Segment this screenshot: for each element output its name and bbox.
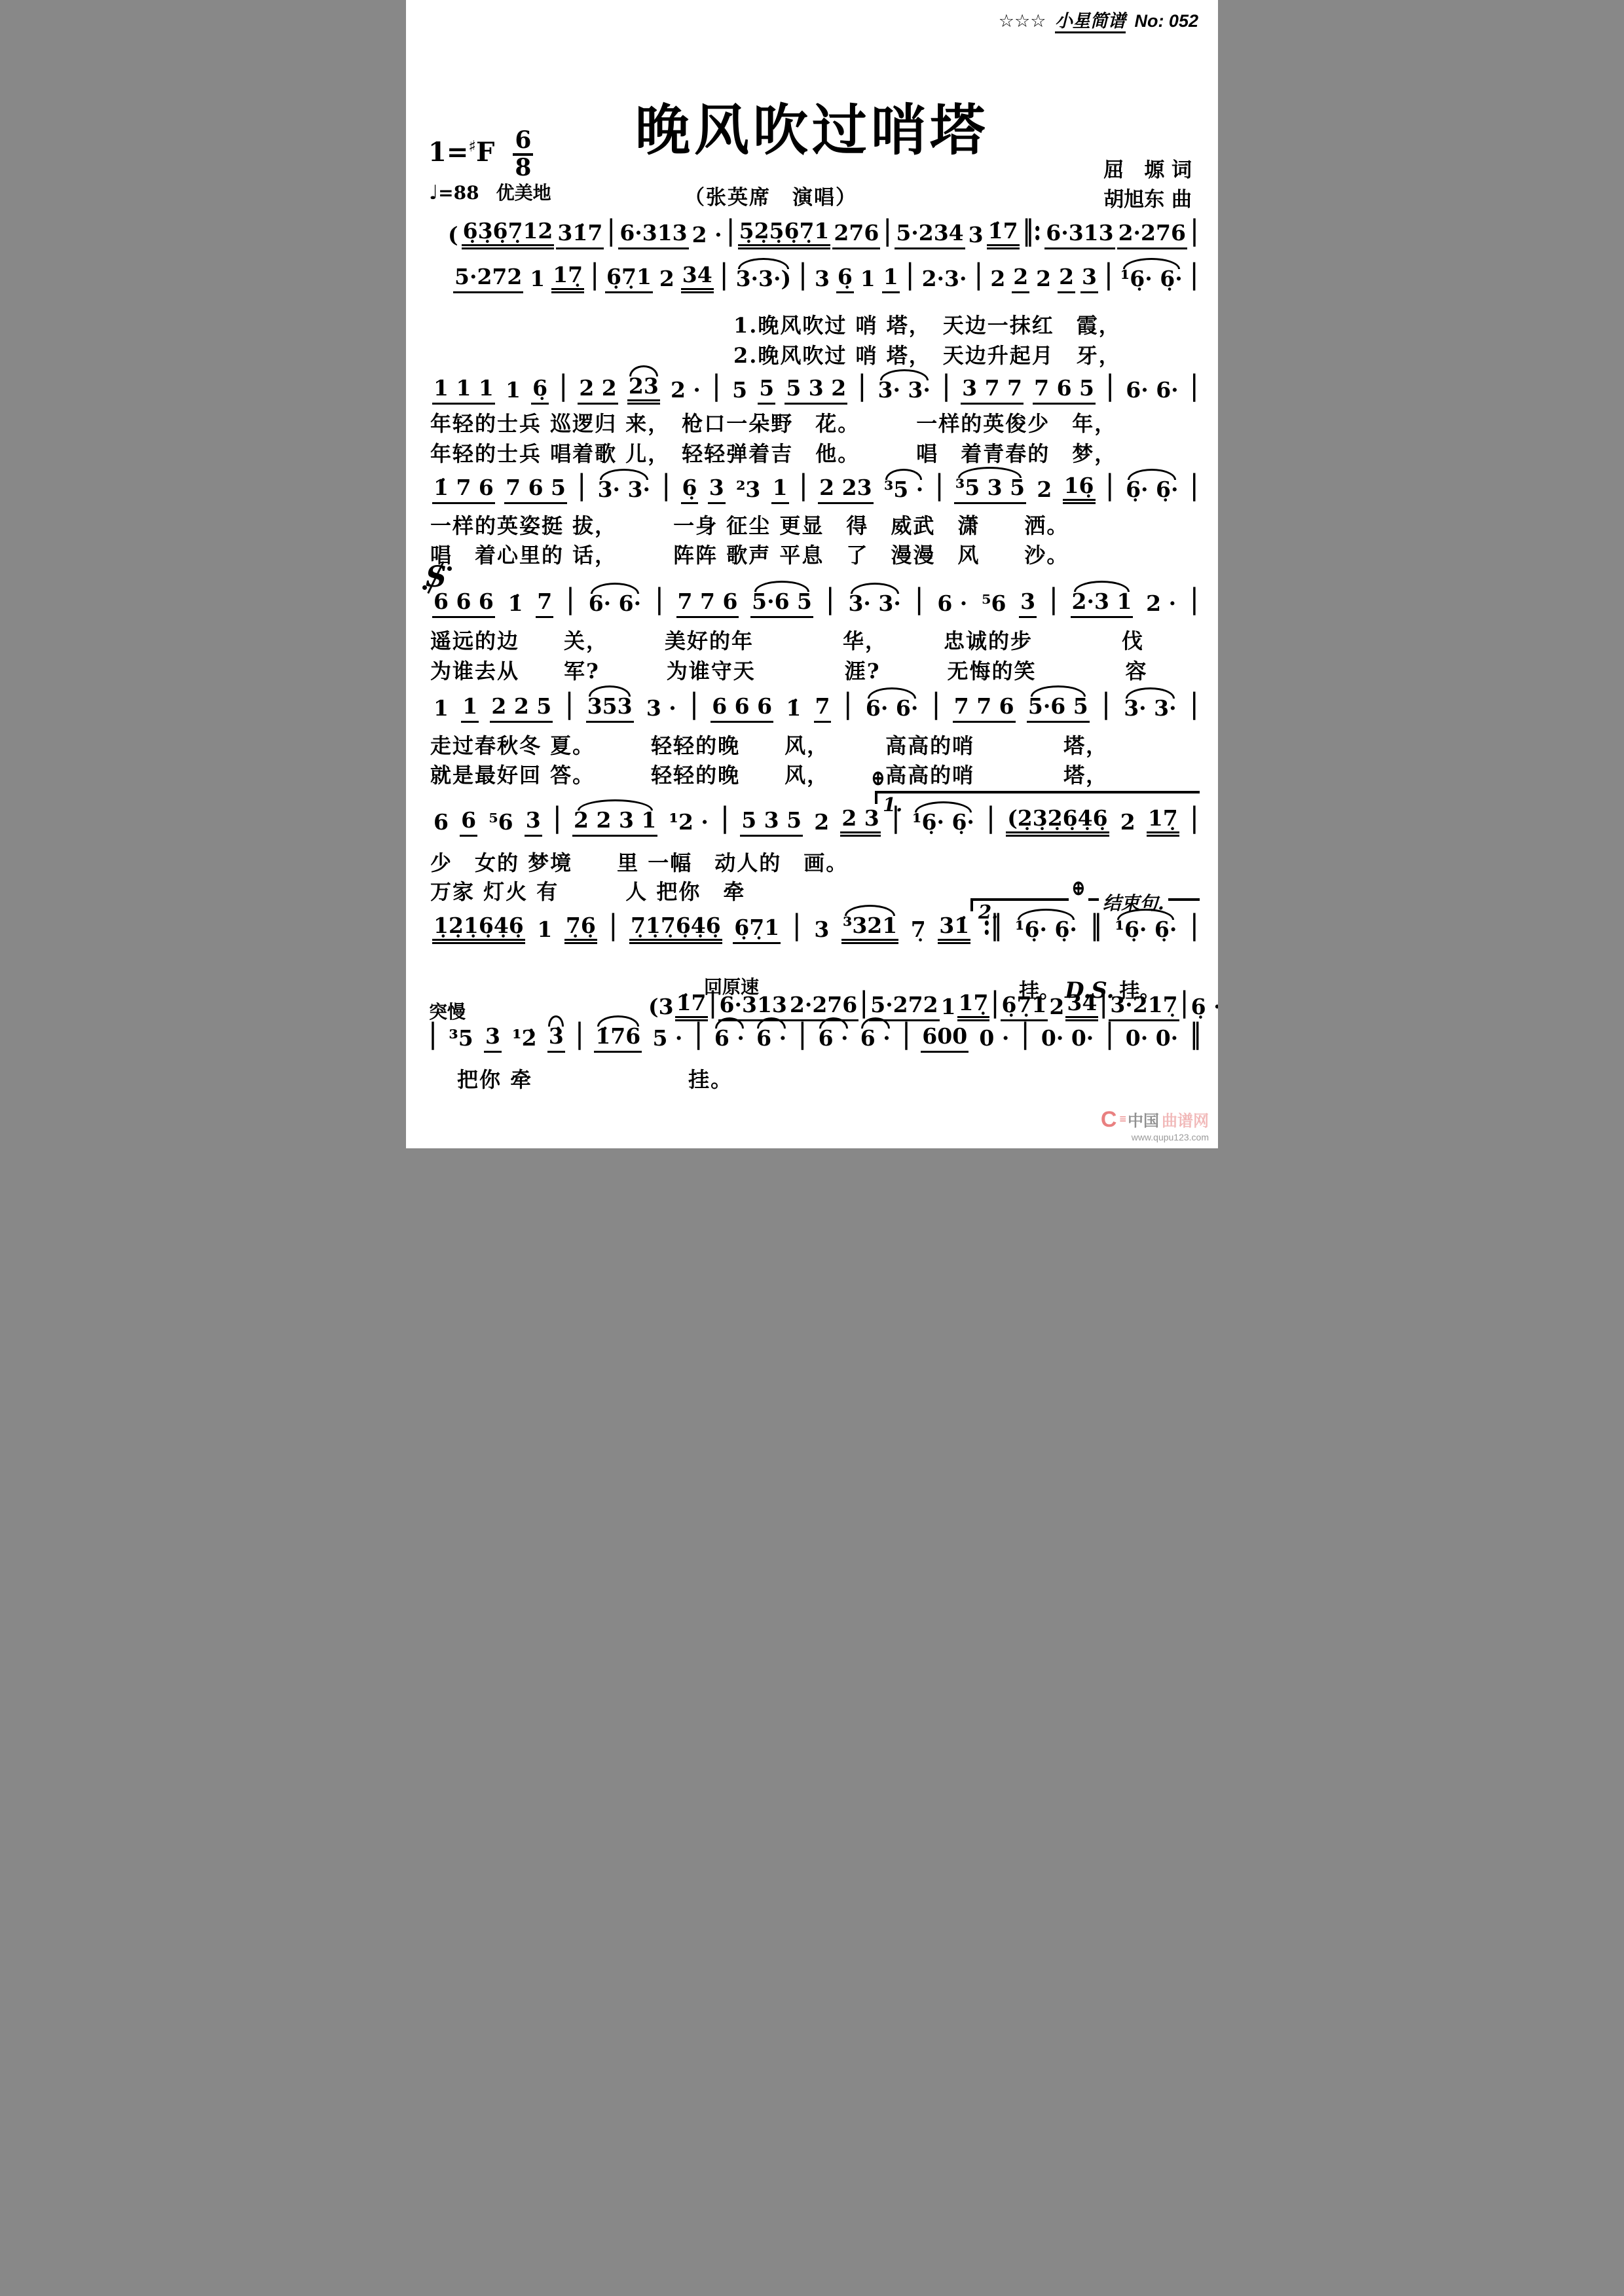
watermark-cn: 中国 xyxy=(1128,1108,1159,1131)
lyric-line: 万家 灯火 有 人 把你 牵 xyxy=(430,875,745,905)
system-5-notes: 112 2 5|3533 ·|6 6 61̇7|6· 6·|7 7 65·6 5… xyxy=(432,693,1200,723)
lyric-line: 年轻的士兵 巡逻归 来， 枪口一朵野 花。 一样的英俊少 年， xyxy=(430,407,1116,437)
tempo-marking: ♩=88优美地 xyxy=(429,179,551,205)
system-7-notes: 1̣2̣1̣6̣4̣6̣17̣6̣|7̣1̣7̣6̣4̣6̣6̣7̣1|3³32… xyxy=(432,914,1200,944)
lyric-line: 遥远的边 关， 美好的年 华， 忠诚的步 伐 xyxy=(430,625,1144,655)
meter-denominator: 8 xyxy=(513,156,533,181)
watermark-url: www.qupu123.com xyxy=(1101,1132,1209,1142)
lyric-line: 1.晚风吹过 哨 塔， 天边一抹红 霞， xyxy=(733,309,1121,339)
meter-numerator: 6 xyxy=(513,128,533,156)
lyric-line: 唱 着心里的 话， 阵阵 歌声 平息 了 漫漫 风 沙。 xyxy=(430,539,1069,569)
series-header: ☆☆☆ 小星简谱 No: 052 xyxy=(999,7,1198,32)
coda-icon: ⊕ xyxy=(871,766,885,792)
tempo-expression: 优美地 xyxy=(496,182,551,204)
site-watermark: C ≡ 中国 曲谱网 www.qupu123.com xyxy=(1101,1108,1209,1142)
quarter-note-icon: ♩ xyxy=(429,181,438,204)
lyric-line: 把你 牵 挂。 xyxy=(457,1063,733,1093)
key-tonic: F xyxy=(476,137,494,168)
lyric-line: 一样的英姿挺 拔， 一身 征尘 更显 得 威武 潇 洒。 xyxy=(430,509,1069,539)
system-9-notes: |³53¹2̇3̇|1̇765 ·|6 ·6 ·|6 ·6 ·|6000 ·|0… xyxy=(428,1023,1202,1053)
qupu-logo-icon: C xyxy=(1101,1110,1117,1129)
sheet-music-page: ☆☆☆ 小星简谱 No: 052 晚风吹过哨塔 1=♯F 6 8 ♩=88优美地… xyxy=(406,0,1218,1148)
song-title: 晚风吹过哨塔 xyxy=(635,86,989,166)
system-6-notes: 66⁵63|2 2 3 1¹2 ·|5 3 522 3|¹6̣· 6̣·|(2̣… xyxy=(432,807,1200,837)
composer-credit: 胡旭东 曲 xyxy=(1103,185,1192,215)
watermark-site: 曲谱网 xyxy=(1162,1108,1209,1131)
coda-icon: ⊕ xyxy=(1069,876,1088,902)
credits: 屈 塬 词 胡旭东 曲 xyxy=(1103,156,1192,215)
lyric-line: 2.晚风吹过 哨 塔， 天边升起月 牙， xyxy=(733,339,1121,369)
series-name: 小星简谱 xyxy=(1055,11,1126,33)
stars-icon: ☆☆☆ xyxy=(999,11,1046,31)
lyricist-credit: 屈 塬 词 xyxy=(1103,156,1192,185)
segno-dot xyxy=(447,566,452,571)
series-number: No: 052 xyxy=(1134,11,1198,31)
system-2-notes: 1 1 116̣|2 2232 ·|555 3 2|3· 3·|3 7 77 6… xyxy=(432,374,1200,405)
system-1-notes: (6̣3̣6̣7̣1231̇7|6·3132 ·|5̣2̣5̣6̣7̣1276|… xyxy=(447,219,1200,249)
lyric-line: 走过春秋冬 夏。 轻轻的晚 风， 高高的哨 塔， xyxy=(430,729,1108,759)
tempo-value: =88 xyxy=(438,182,479,204)
system-4-notes: 6 6 61̇7|6· 6·|7 7 65·6 5|3· 3·|6 ·⁵63|2… xyxy=(432,588,1200,618)
performer-subtitle: （张英席 演唱） xyxy=(684,181,857,210)
qupu-logo-bars-icon: ≡ xyxy=(1119,1112,1125,1126)
time-signature: 6 8 xyxy=(513,128,533,181)
sharp-icon: ♯ xyxy=(468,136,476,155)
lyric-line: 就是最好回 答。 轻轻的晚 风， 高高的哨 塔， xyxy=(430,759,1108,789)
lyric-line: 为谁去从 军? 为谁守天 涯? 无悔的笑 容 xyxy=(430,655,1148,685)
segno-dot xyxy=(422,585,427,590)
key-prefix: 1= xyxy=(428,137,468,168)
key-signature: 1=♯F 6 8 xyxy=(428,128,533,181)
system-1b-notes: 5·272117̣|6̣7̣1234|3·3·)|36̣11|2·3·|2222… xyxy=(453,263,1200,293)
system-3-notes: 1̇ 7 67 6 5|3· 3·|6̣3²31|2 23³5 ·|³5 3 5… xyxy=(432,474,1200,504)
lyric-line: 少 女的 梦境 里 一幅 动人的 画。 xyxy=(430,847,848,877)
lyric-line: 年轻的士兵 唱着歌 儿， 轻轻弹着吉 他。 唱 着青春的 梦， xyxy=(430,437,1116,467)
